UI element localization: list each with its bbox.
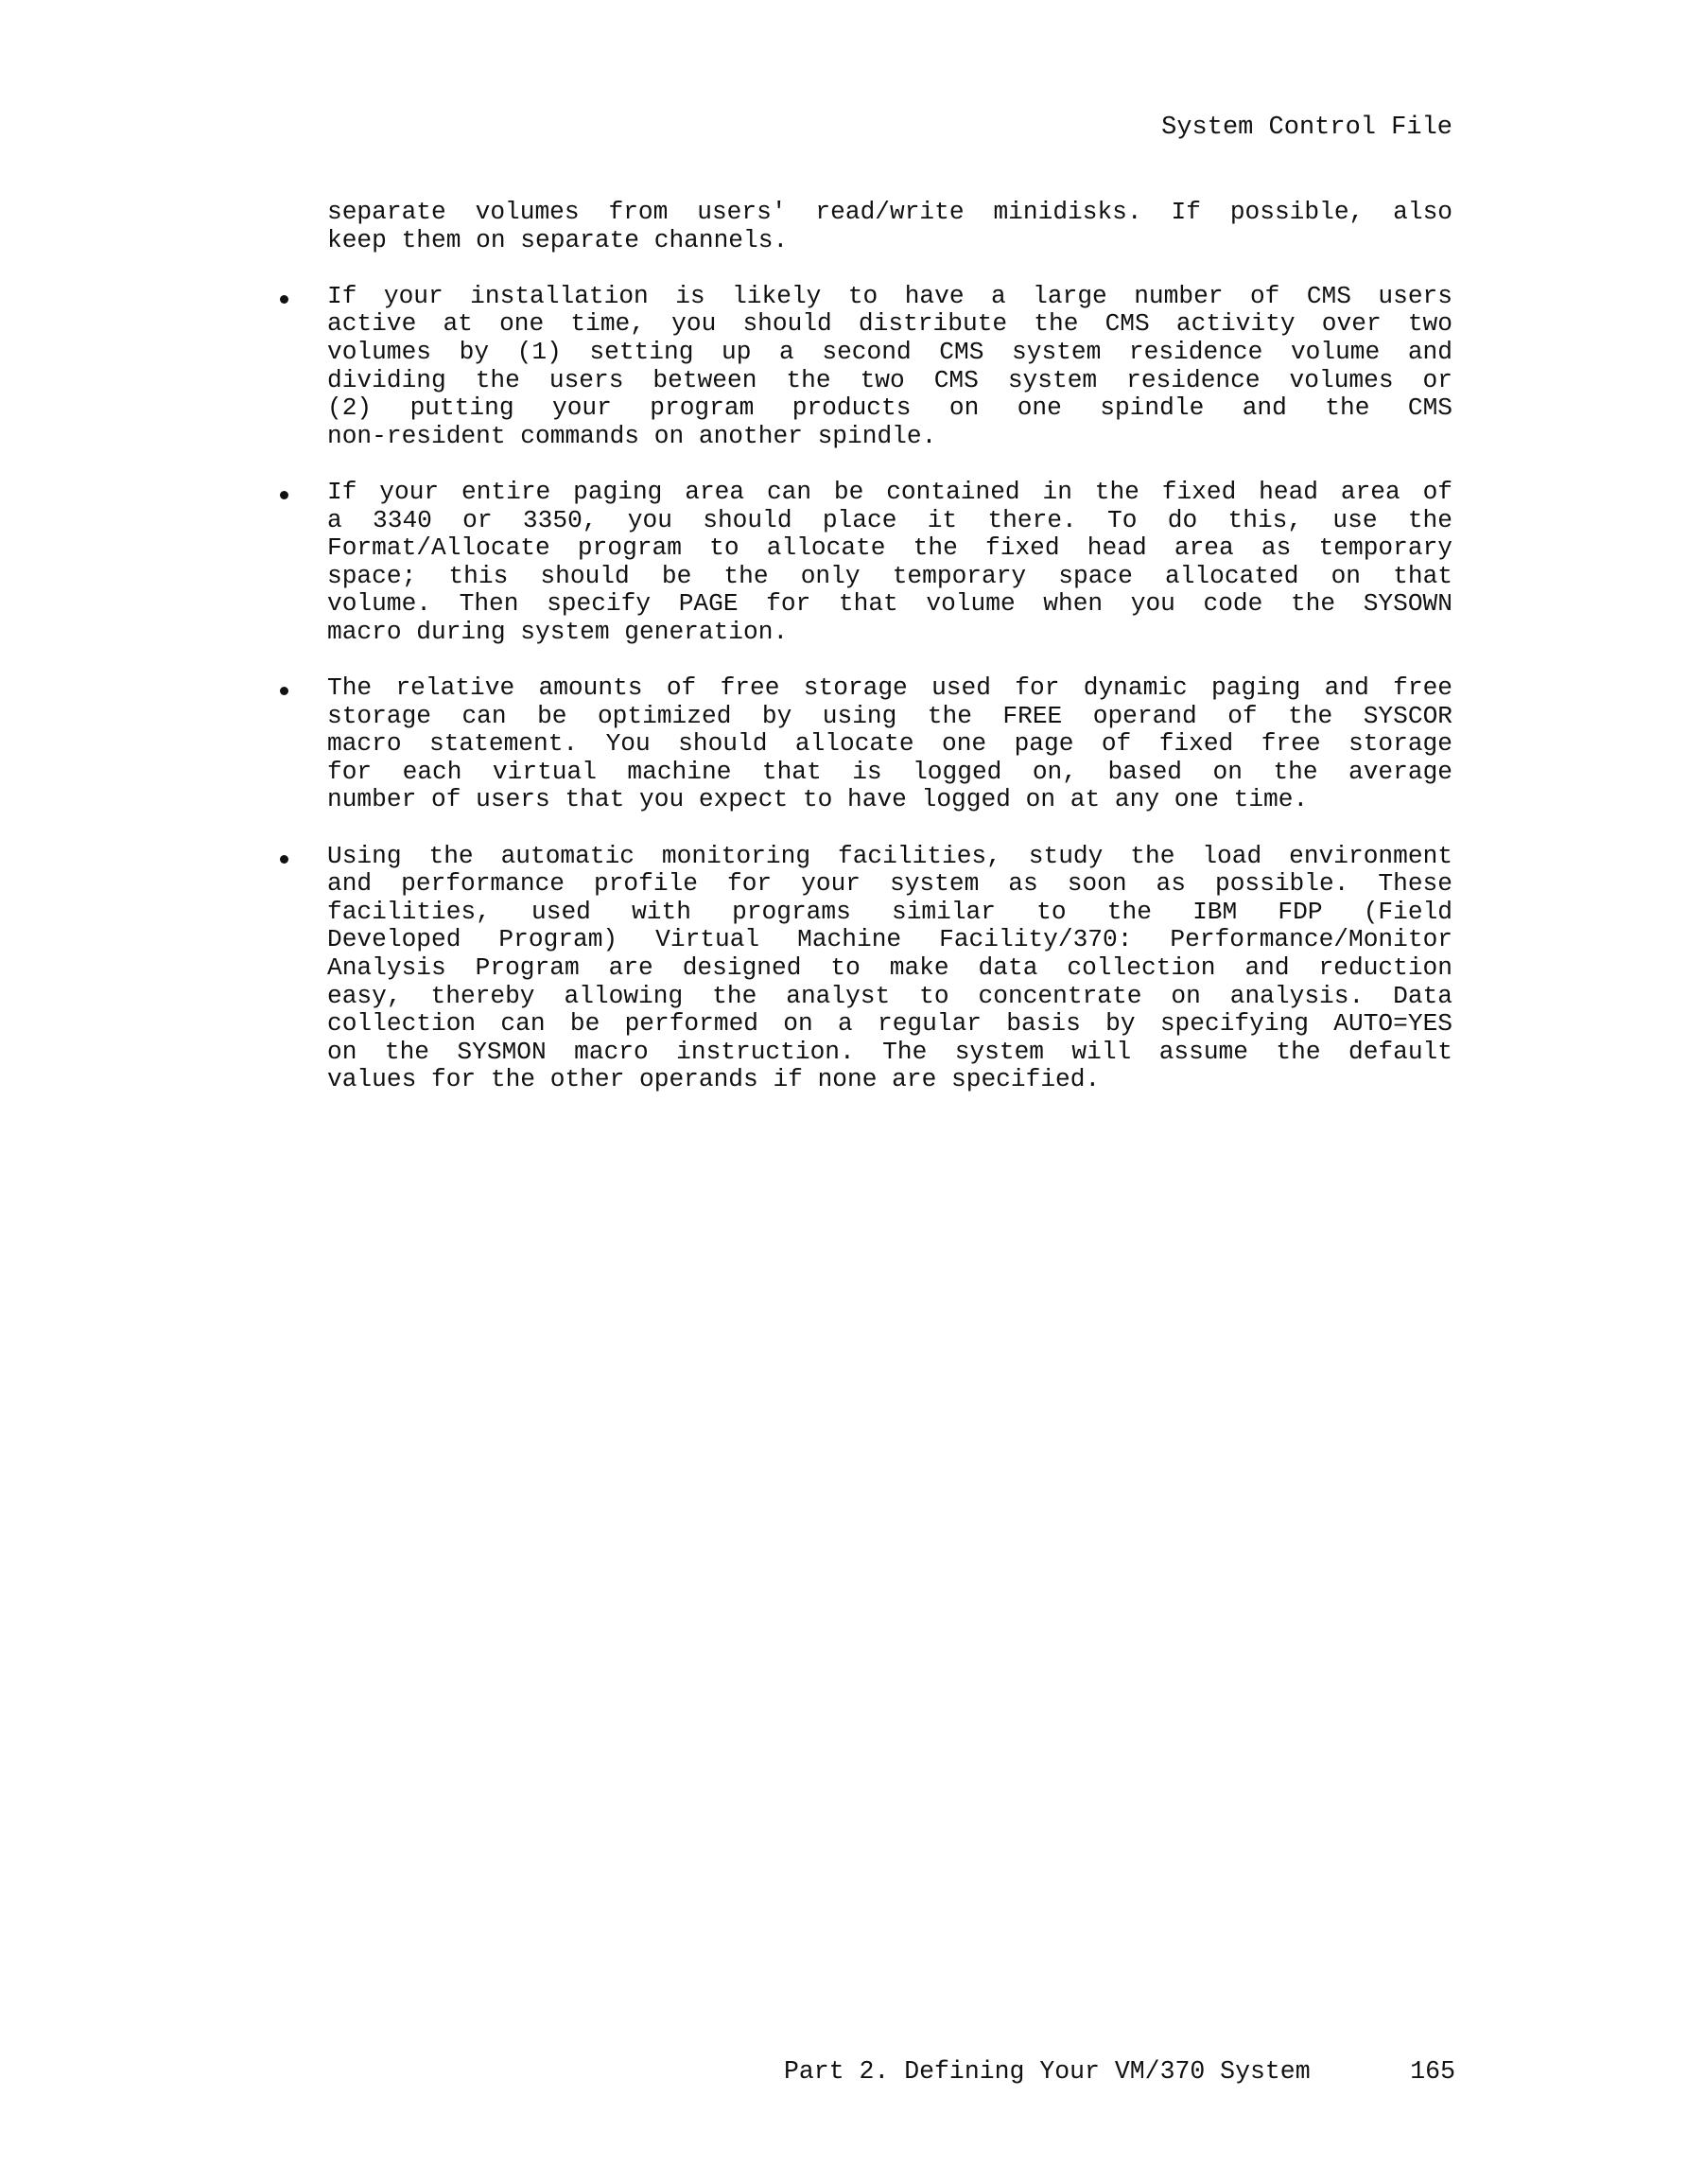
footer-section-title: Part 2. Defining Your VM/370 System <box>784 2057 1311 2086</box>
text-line: If your entire paging area can be contai… <box>327 479 1452 507</box>
bullet-text: If your installation is likely to have a… <box>327 283 1452 451</box>
page-body: separate volumes from users' read/write … <box>327 199 1452 1123</box>
text-line: storage can be optimized by using the FR… <box>327 703 1452 731</box>
text-line: facilities, used with programs similar t… <box>327 899 1452 927</box>
text-line: number of users that you expect to have … <box>327 786 1452 814</box>
bullet-text: If your entire paging area can be contai… <box>327 479 1452 647</box>
text-line: and performance profile for your system … <box>327 870 1452 899</box>
bullet-item-free-storage: The relative amounts of free storage use… <box>327 674 1452 814</box>
continued-paragraph: separate volumes from users' read/write … <box>327 199 1452 254</box>
text-line: Analysis Program are designed to make da… <box>327 954 1452 983</box>
bullet-text: The relative amounts of free storage use… <box>327 674 1452 814</box>
text-line: active at one time, you should distribut… <box>327 310 1452 339</box>
page-number: 165 <box>1410 2057 1455 2086</box>
text-line: Using the automatic monitoring facilitie… <box>327 843 1452 871</box>
text-line: space; this should be the only temporary… <box>327 563 1452 591</box>
text-line: If your installation is likely to have a… <box>327 283 1452 311</box>
text-line: macro statement. You should allocate one… <box>327 730 1452 759</box>
page-footer: Part 2. Defining Your VM/370 System 165 <box>784 2057 1455 2142</box>
running-header-title: System Control File <box>1161 114 1452 142</box>
text-line: Developed Program) Virtual Machine Facil… <box>327 926 1452 954</box>
bullet-item-cms-distribution: If your installation is likely to have a… <box>327 283 1452 451</box>
text-line: for each virtual machine that is logged … <box>327 759 1452 787</box>
text-line: separate volumes from users' read/write … <box>327 199 1452 227</box>
text-line: on the SYSMON macro instruction. The sys… <box>327 1039 1452 1067</box>
text-line: (2) putting your program products on one… <box>327 394 1452 423</box>
text-line: collection can be performed on a regular… <box>327 1010 1452 1039</box>
text-line: values for the other operands if none ar… <box>327 1066 1452 1094</box>
text-line: volumes by (1) setting up a second CMS s… <box>327 339 1452 367</box>
bullet-item-monitoring: Using the automatic monitoring facilitie… <box>327 843 1452 1094</box>
bullet-icon <box>280 687 288 695</box>
bullet-icon <box>280 491 288 499</box>
text-line: Format/Allocate program to allocate the … <box>327 534 1452 563</box>
bullet-text: Using the automatic monitoring facilitie… <box>327 843 1452 1094</box>
text-line: non-resident commands on another spindle… <box>327 423 1452 451</box>
text-line: keep them on separate channels. <box>327 227 1452 255</box>
text-line: a 3340 or 3350, you should place it ther… <box>327 507 1452 535</box>
text-line: easy, thereby allowing the analyst to co… <box>327 983 1452 1011</box>
text-line: The relative amounts of free storage use… <box>327 674 1452 703</box>
text-line: dividing the users between the two CMS s… <box>327 367 1452 395</box>
bullet-icon <box>280 855 288 864</box>
text-line: macro during system generation. <box>327 619 1452 647</box>
bullet-item-paging-area: If your entire paging area can be contai… <box>327 479 1452 647</box>
bullet-icon <box>280 295 288 304</box>
text-line: volume. Then specify PAGE for that volum… <box>327 590 1452 619</box>
